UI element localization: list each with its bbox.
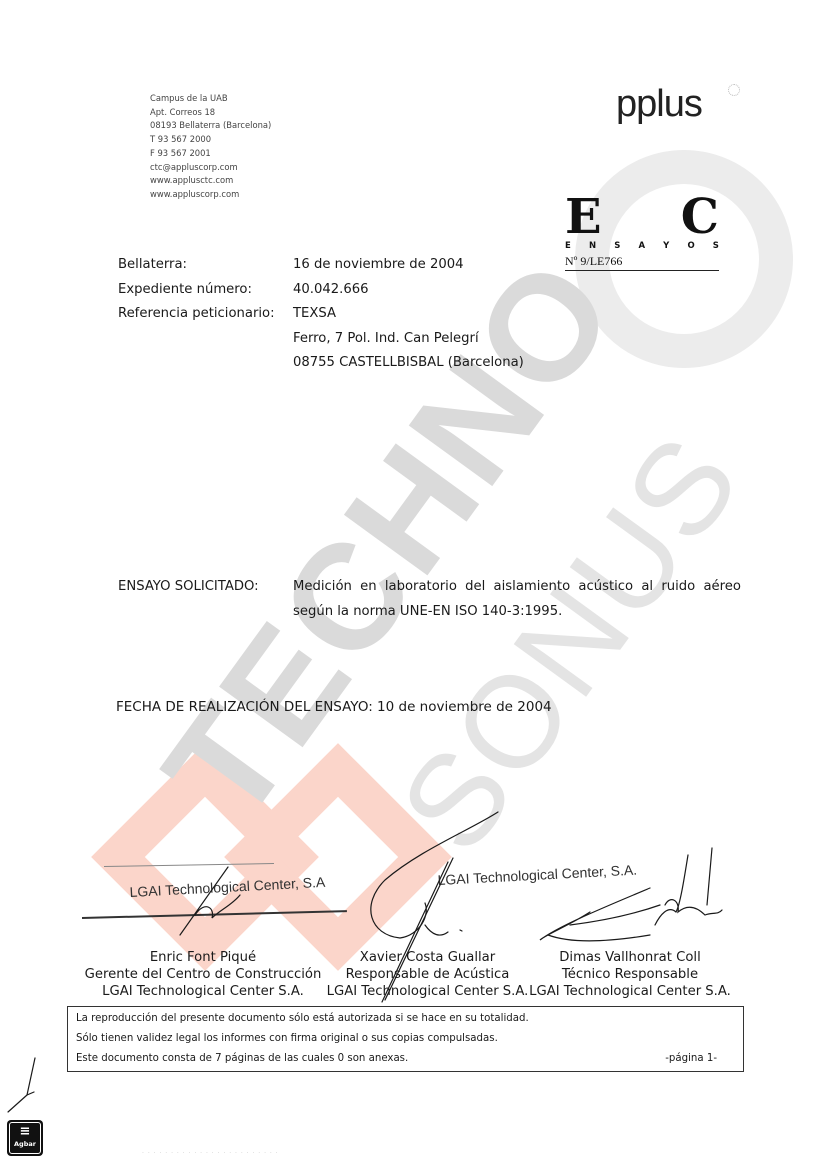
info-value: TEXSA [293, 302, 336, 327]
enac-subtitle-letter: S [713, 241, 719, 251]
requested-test-label: ENSAYO SOLICITADO: [118, 575, 293, 624]
info-value: 16 de noviembre de 2004 [293, 253, 464, 278]
info-label [118, 351, 293, 376]
enac-subtitle-letter: N [589, 241, 596, 251]
accreditation-number: Nº 9/LE766 [565, 254, 719, 271]
enac-subtitle-letter: A [638, 241, 645, 251]
signature-1 [180, 867, 240, 935]
legal-notice-line: La reproducción del presente documento s… [76, 1009, 735, 1029]
signer-name: Dimas Vallhonrat Coll [520, 949, 740, 966]
enac-letter-e: E [565, 195, 602, 239]
info-row-client-city: 08755 CASTELLBISBAL (Barcelona) [118, 351, 524, 376]
enac-subtitle-letter: Y [663, 241, 669, 251]
report-info: Bellaterra: 16 de noviembre de 2004 Expe… [118, 253, 524, 376]
signature-line [82, 910, 347, 918]
signer-company: LGAI Technological Center S.A. [520, 983, 740, 1000]
signer-role: Técnico Responsable [520, 966, 740, 983]
signer-company: LGAI Technological Center S.A. [325, 983, 530, 1000]
address-line: Campus de la UAB [150, 92, 271, 106]
info-label [118, 327, 293, 352]
legal-notice-line: Este documento consta de 7 páginas de la… [76, 1049, 408, 1069]
signer-block: Xavier Costa Guallar Responsable de Acús… [325, 949, 530, 1000]
signer-name: Xavier Costa Guallar [325, 949, 530, 966]
legal-notice-box: La reproducción del presente documento s… [67, 1006, 744, 1072]
info-row-date: Bellaterra: 16 de noviembre de 2004 [118, 253, 524, 278]
enac-letter-c: C [681, 195, 719, 239]
signer-company: LGAI Technological Center S.A. [72, 983, 334, 1000]
letterhead-address: Campus de la UAB Apt. Correos 18 08193 B… [150, 92, 271, 202]
info-value: 40.042.666 [293, 278, 369, 303]
signer-block: Dimas Vallhonrat Coll Técnico Responsabl… [520, 949, 740, 1000]
enac-subtitle-letter: S [614, 241, 620, 251]
info-value: 08755 CASTELLBISBAL (Barcelona) [293, 351, 524, 376]
address-email: ctc@appluscorp.com [150, 161, 271, 175]
stamp-line [104, 863, 274, 867]
address-line: 08193 Bellaterra (Barcelona) [150, 119, 271, 133]
requested-test-value: Medición en laboratorio del aislamiento … [293, 575, 741, 624]
signer-role: Gerente del Centro de Construcción [72, 966, 334, 983]
address-line: Apt. Correos 18 [150, 106, 271, 120]
info-row-client-address: Ferro, 7 Pol. Ind. Can Pelegrí [118, 327, 524, 352]
applus-logo: pplus [616, 83, 702, 126]
enac-subtitle-letter: O [687, 241, 694, 251]
page-number: -página 1- [665, 1049, 735, 1069]
address-fax: F 93 567 2001 [150, 147, 271, 161]
signer-block: Enric Font Piqué Gerente del Centro de C… [72, 949, 334, 1000]
test-date: FECHA DE REALIZACIÓN DEL ENSAYO: 10 de n… [116, 699, 552, 715]
signer-role: Responsable de Acústica [325, 966, 530, 983]
company-stamp: LGAI Technological Center, S.A. [437, 862, 637, 888]
watermark-text-sonus: SONUS [370, 408, 769, 878]
info-label: Expediente número: [118, 278, 293, 303]
agbar-logo: ≡ Agbar [7, 1120, 43, 1156]
registered-mark-icon [728, 84, 740, 96]
address-website: www.applusctc.com [150, 174, 271, 188]
company-stamp: LGAI Technological Center, S.A [129, 874, 325, 900]
info-label: Referencia peticionario: [118, 302, 293, 327]
signer-name: Enric Font Piqué [72, 949, 334, 966]
address-website: www.appluscorp.com [150, 188, 271, 202]
enac-subtitle-letter: E [565, 241, 571, 251]
address-phone: T 93 567 2000 [150, 133, 271, 147]
requested-test: ENSAYO SOLICITADO: Medición en laborator… [118, 575, 741, 624]
info-row-client: Referencia peticionario: TEXSA [118, 302, 524, 327]
info-label: Bellaterra: [118, 253, 293, 278]
legal-notice-line: Sólo tienen validez legal los informes c… [76, 1029, 735, 1049]
info-row-file-number: Expediente número: 40.042.666 [118, 278, 524, 303]
info-value: Ferro, 7 Pol. Ind. Can Pelegrí [293, 327, 479, 352]
enac-accreditation-logo: E C E N S A Y O S Nº 9/LE766 [565, 195, 719, 271]
faded-print-line: . . . . . . . . . . . . . . . . . . . . … [142, 1148, 279, 1155]
